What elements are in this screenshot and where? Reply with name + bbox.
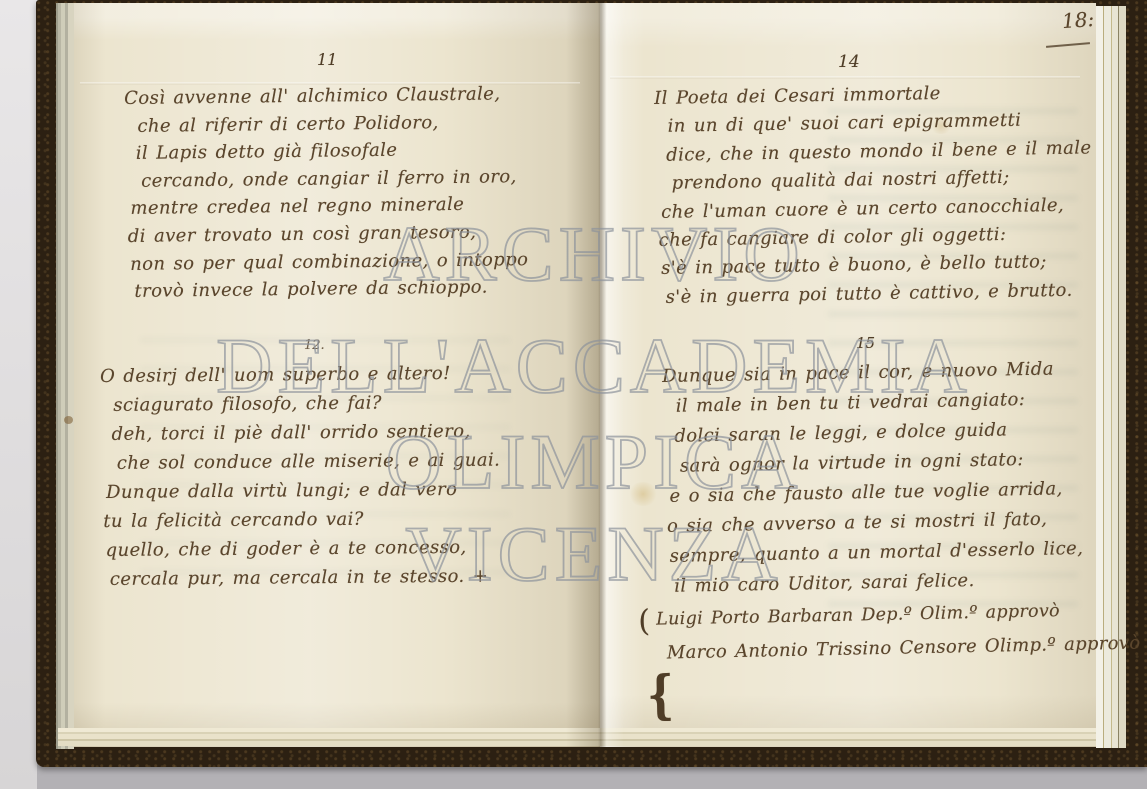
verse-line: trovò invece la polvere da schioppo. [134, 276, 528, 308]
stanza: O desirj dell' uom superbo e altero! sci… [100, 363, 501, 598]
verse-lines: Così avvenne all' alchimico Claustrale, … [124, 83, 529, 309]
stanza-number: 14 [838, 52, 860, 72]
stanza-number: 12. [304, 338, 325, 353]
verse-line: Dunque dalla virtù lungi; e dal vero [106, 479, 501, 511]
book-gutter-shadow [566, 3, 624, 747]
brace-glyph: { [647, 664, 675, 726]
verse-lines: Il Poeta dei Cesari immortale in un di q… [654, 80, 1094, 315]
page-stack-edge-left [56, 3, 74, 749]
verse-line: deh, torci il piè dall' orrido sentiero, [112, 421, 501, 453]
paper-crease [610, 76, 1080, 79]
verse-line: sciagurato filosofo, che fai? [113, 392, 500, 424]
stanza: Il Poeta dei Cesari immortale in un di q… [654, 80, 1094, 315]
stanza: Dunque sia in pace il cor, e nuovo Mida … [662, 358, 1084, 606]
stanza-number: 15 [856, 334, 875, 352]
approval-signatures: ( Luigi Porto Barbaran Dep.º Olim.º appr… [640, 600, 1141, 664]
scanner-background [0, 0, 37, 789]
verse-lines: O desirj dell' uom superbo e altero! sci… [100, 363, 501, 598]
verse-lines: Dunque sia in pace il cor, e nuovo Mida … [662, 358, 1084, 606]
stanza-number: 11 [317, 50, 337, 69]
manuscript-scan: 18: 11 Così avvenne all' alchimico Claus… [0, 0, 1147, 789]
verse-line: tu la felicità cercando vai? [103, 508, 501, 540]
stanza: Così avvenne all' alchimico Claustrale, … [124, 83, 529, 309]
verse-line: O desirj dell' uom superbo e altero! [100, 363, 500, 395]
brace-glyph: ( [638, 604, 651, 639]
verse-line: quello, che di goder è a te concesso, [106, 537, 502, 569]
folio-number: 18: [1061, 7, 1095, 33]
verse-line: che sol conduce alle miserie, e ai guai. [117, 450, 501, 482]
verse-line: cercala pur, ma cercala in te stesso. + [110, 566, 502, 598]
